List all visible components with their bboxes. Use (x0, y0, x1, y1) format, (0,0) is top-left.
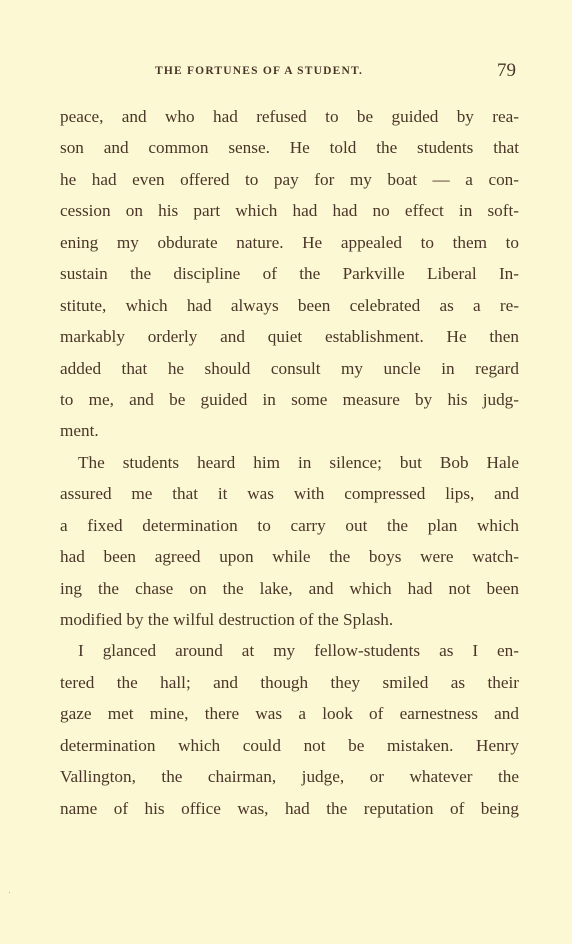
text-line: added that he should consult my uncle in… (60, 353, 519, 384)
text-line: I glanced around at my fellow-students a… (60, 635, 519, 666)
text-line: determination which could not be mistake… (60, 730, 519, 761)
paragraph-3: I glanced around at my fellow-students a… (60, 635, 519, 824)
text-line: Vallington, the chairman, judge, or what… (60, 761, 519, 792)
paragraph-1: peace, and who had refused to be guided … (60, 101, 519, 447)
body-text: peace, and who had refused to be guided … (60, 101, 519, 824)
paragraph-2: The students heard him in silence; but B… (60, 447, 519, 636)
text-line: stitute, which had always been celebrate… (60, 290, 519, 321)
text-line: peace, and who had refused to be guided … (60, 101, 519, 132)
text-line: son and common sense. He told the studen… (60, 132, 519, 163)
text-line: sustain the discipline of the Parkville … (60, 258, 519, 289)
text-line: a fixed determination to carry out the p… (60, 510, 519, 541)
text-line: to me, and be guided in some measure by … (60, 384, 519, 415)
text-line: markably orderly and quiet establishment… (60, 321, 519, 352)
text-line: modified by the wilful destruction of th… (60, 604, 519, 635)
running-title: THE FORTUNES OF A STUDENT. (155, 65, 363, 77)
text-line: name of his office was, had the reputati… (60, 793, 519, 824)
text-line: ening my obdurate nature. He appealed to… (60, 227, 519, 258)
book-page: THE FORTUNES OF A STUDENT. 79 peace, and… (0, 0, 572, 944)
text-line: assured me that it was with compressed l… (60, 478, 519, 509)
text-line: The students heard him in silence; but B… (60, 447, 519, 478)
text-line: cession on his part which had had no eff… (60, 195, 519, 226)
text-line: ing the chase on the lake, and which had… (60, 573, 519, 604)
text-line: had been agreed upon while the boys were… (60, 541, 519, 572)
running-header: THE FORTUNES OF A STUDENT. 79 (0, 60, 572, 82)
text-line: tered the hall; and though they smiled a… (60, 667, 519, 698)
text-line: he had even offered to pay for my boat —… (60, 164, 519, 195)
text-line: gaze met mine, there was a look of earne… (60, 698, 519, 729)
scan-speck (9, 892, 10, 893)
text-line: ment. (60, 415, 519, 446)
page-number: 79 (497, 60, 516, 82)
